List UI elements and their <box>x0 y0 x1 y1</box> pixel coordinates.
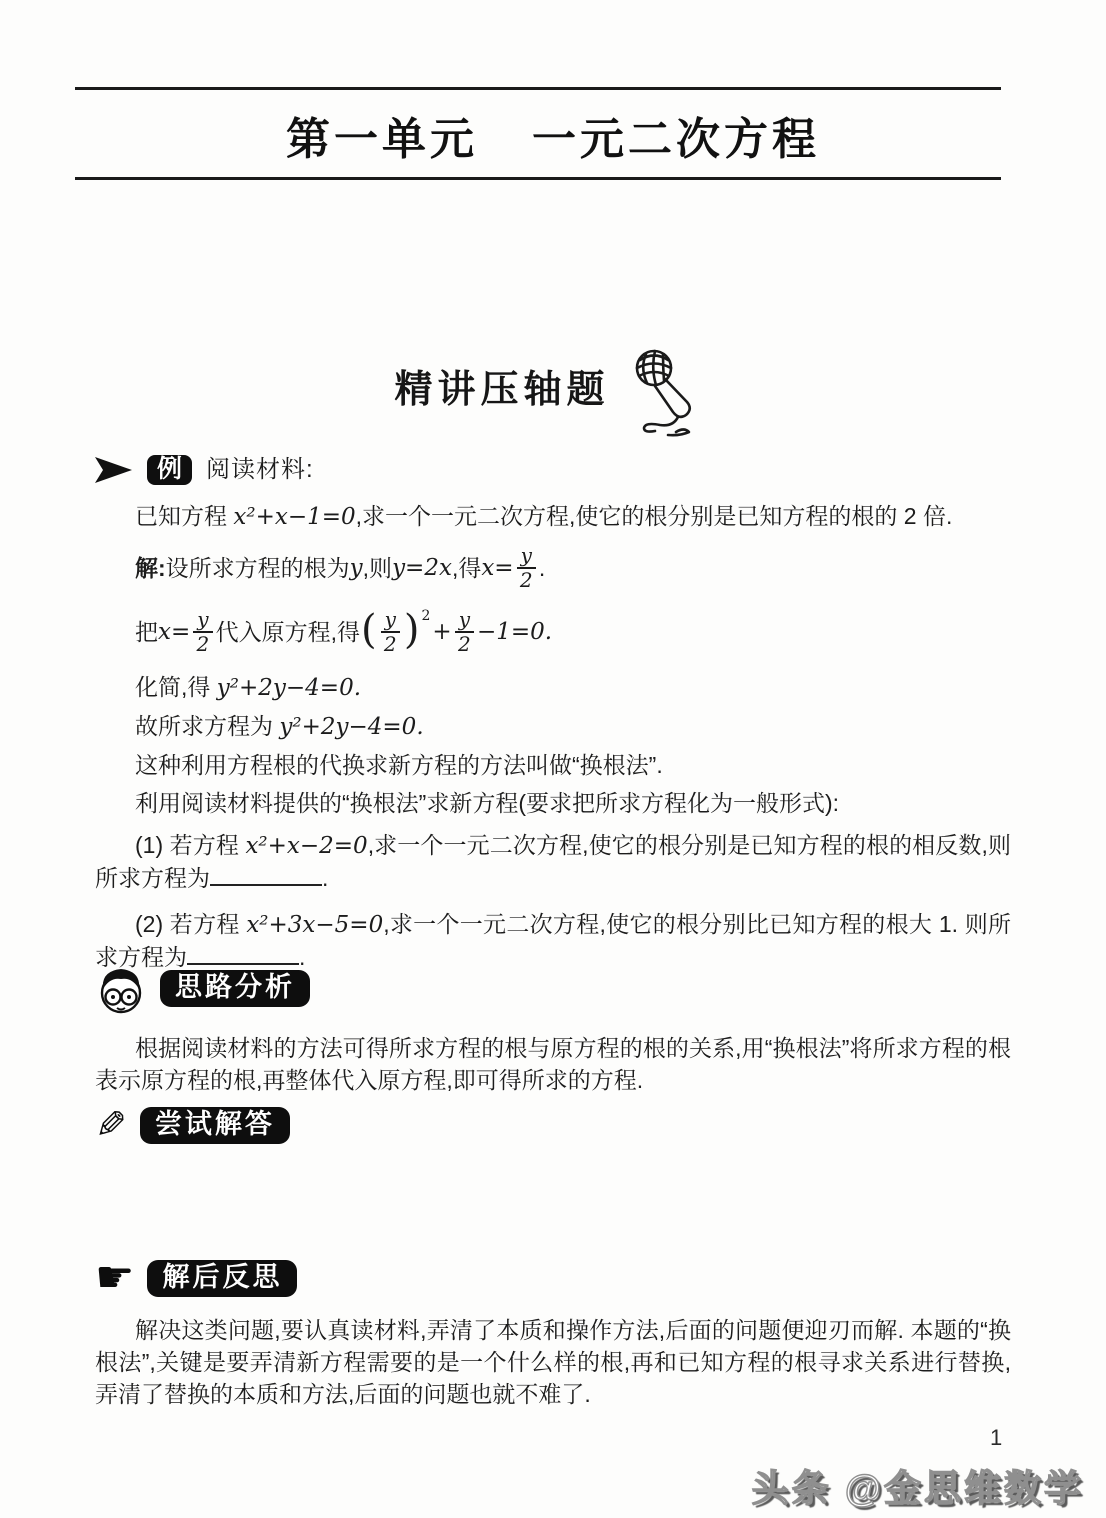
answer-blank-1 <box>210 863 322 886</box>
example-header: 例 阅读材料: <box>95 450 1011 490</box>
analysis-body: 根据阅读材料的方法可得所求方程的根与原方程的根的关系,用“换根法”将所求方程的根… <box>95 1032 1011 1096</box>
boy-face-icon <box>95 958 147 1018</box>
watermark: 头条 @金思维数学 <box>752 1458 1084 1512</box>
divider <box>75 177 1001 180</box>
divider <box>75 87 1001 90</box>
variable: y <box>350 552 363 584</box>
numerator: y <box>381 609 400 633</box>
question-1: (1) 若方程 x²+x−2=0,求一个一元二次方程,使它的根分别是已知方程的根… <box>95 829 1011 894</box>
text-run: 代入原方程,得 <box>216 616 360 648</box>
equation: x²+x−2=0 <box>245 833 367 859</box>
unit-name: 一元二次方程 <box>532 103 820 167</box>
text-run: 故所求方程为 <box>135 713 279 739</box>
problem-statement: 已知方程 x²+x−1=0,求一个一元二次方程,使它的根分别是已知方程的根的 2… <box>95 500 1011 533</box>
equation: x²+3x−5=0 <box>246 912 383 938</box>
numerator: y <box>193 609 212 633</box>
attempt-section: ✎ 尝试解答 <box>95 1106 1011 1144</box>
operator: + <box>432 616 451 648</box>
equation: y=2x <box>392 552 452 584</box>
example-section: 例 阅读材料: 已知方程 x²+x−1=0,求一个一元二次方程,使它的根分别是已… <box>95 450 1011 973</box>
text-run: ,则 <box>363 552 392 584</box>
text-run: 把 <box>135 616 158 648</box>
numerator: y <box>455 609 474 633</box>
text-run: 化简,得 <box>135 674 217 700</box>
equation: y²+2y−4=0. <box>279 714 423 740</box>
fraction: y2 <box>193 609 212 655</box>
denominator: 2 <box>384 633 397 655</box>
reflection-label: 解后反思 <box>147 1260 297 1297</box>
reflection-section: ☛ 解后反思 解决这类问题,要认真读材料,弄清了本质和操作方法,后面的问题便迎刃… <box>95 1256 1011 1410</box>
denominator: 2 <box>197 633 210 655</box>
page-number: 1 <box>990 1425 1002 1451</box>
section-heading-text: 精讲压轴题 <box>394 344 609 413</box>
solution-line-1: 解:设所求方程的根为 y,则 y=2x,得 x=y2. <box>135 539 1011 597</box>
text-run: . <box>322 865 328 891</box>
exponent: 2 <box>421 600 430 632</box>
pencil-icon: ✎ <box>95 1106 127 1144</box>
reflection-body: 解决这类问题,要认真读材料,弄清了本质和操作方法,后面的问题便迎刃而解. 本题的… <box>95 1314 1011 1410</box>
example-tag: 例 <box>147 455 192 485</box>
instruction: 利用阅读材料提供的“换根法”求新方程(要求把所求方程化为一般形式): <box>95 787 1011 819</box>
denominator: 2 <box>520 569 533 591</box>
fraction: y2 <box>381 609 400 655</box>
pointing-hand-icon: ☛ <box>95 1256 134 1300</box>
method-note: 这种利用方程根的代换求新方程的方法叫做“换根法”. <box>95 749 1011 781</box>
numerator: y <box>517 545 536 569</box>
text-run: ,得 <box>452 552 481 584</box>
equation: −1=0. <box>477 616 552 648</box>
solution-line-4: 故所求方程为 y²+2y−4=0. <box>95 710 1011 743</box>
example-intro: 阅读材料: <box>206 454 314 486</box>
attempt-label: 尝试解答 <box>140 1107 290 1144</box>
fraction: y2 <box>455 609 474 655</box>
left-paren: ( <box>361 610 377 650</box>
textbook-page: 第一单元 一元二次方程 精讲压轴题 例 阅 <box>0 0 1106 1518</box>
equation: x²+x−1=0 <box>233 504 355 530</box>
solution-line-2: 把 x=y2代入原方程,得(y2)2+y2−1=0. <box>135 599 1011 665</box>
analysis-section: 思路分析 根据阅读材料的方法可得所求方程的根与原方程的根的关系,用“换根法”将所… <box>95 958 1011 1096</box>
equation: x= <box>481 552 513 584</box>
text-run: (1) 若方程 <box>135 832 245 858</box>
text-run: 设所求方程的根为 <box>166 552 350 584</box>
page-title: 第一单元 一元二次方程 <box>0 103 1106 167</box>
denominator: 2 <box>458 633 471 655</box>
text-run: 已知方程 <box>135 503 233 529</box>
attempt-header: ✎ 尝试解答 <box>95 1106 1011 1144</box>
equation: x= <box>158 616 190 648</box>
equation: y²+2y−4=0. <box>217 675 361 701</box>
solution-line-3: 化简,得 y²+2y−4=0. <box>95 671 1011 704</box>
analysis-header: 思路分析 <box>95 958 1011 1018</box>
text-run: ,求一个一元二次方程,使它的根分别是已知方程的根的 2 倍. <box>356 503 953 529</box>
microphone-icon <box>624 344 712 438</box>
unit-number: 第一单元 <box>286 103 478 167</box>
text-run: . <box>539 552 545 584</box>
right-paren: ) <box>404 610 420 650</box>
text-run: (2) 若方程 <box>135 911 246 937</box>
fraction: y2 <box>517 545 536 591</box>
solve-label: 解: <box>135 552 166 584</box>
arrow-marker-icon <box>95 456 133 484</box>
analysis-label: 思路分析 <box>160 970 310 1007</box>
section-heading: 精讲压轴题 <box>0 344 1106 438</box>
reflection-header: ☛ 解后反思 <box>95 1256 1011 1300</box>
